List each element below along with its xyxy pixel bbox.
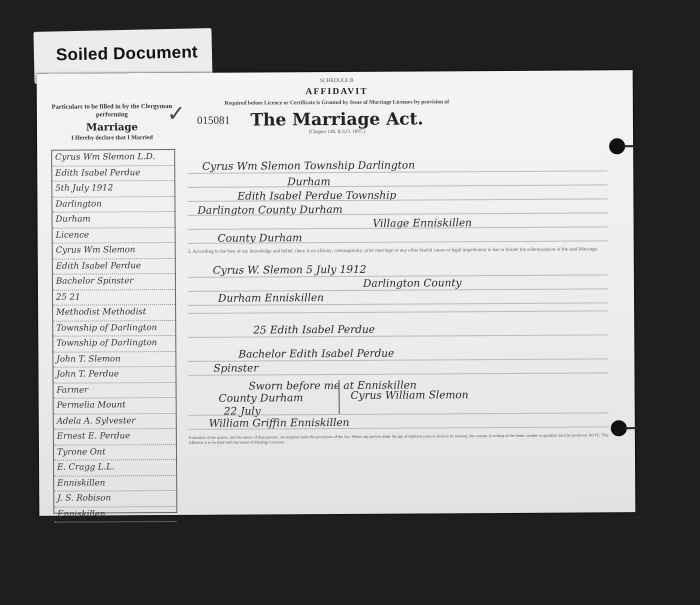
particular-entry: Methodist Methodist xyxy=(53,305,175,321)
clergyman-particulars-column: Particulars to be filled in by the Clerg… xyxy=(49,103,177,512)
particular-entry: J. S. Robison xyxy=(54,491,176,507)
handwritten-line: Bachelor Edith Isabel Perdue xyxy=(238,348,394,361)
particular-entry: Enniskillen xyxy=(54,506,176,522)
column-heading: Particulars to be filled in by the Clerg… xyxy=(49,103,175,120)
particular-entry: Durham xyxy=(53,212,175,228)
particular-entry: Edith Isabel Perdue xyxy=(53,258,175,274)
act-title: The Marriage Act. xyxy=(187,109,487,131)
particular-entry: Bachelor Spinster xyxy=(53,274,175,290)
particular-entry: 5th July 1912 xyxy=(52,181,174,197)
particular-entry: 25 21 xyxy=(53,289,175,305)
binder-hole-icon xyxy=(611,420,627,436)
ruled-line xyxy=(188,288,608,292)
handwritten-line: Spinster xyxy=(213,362,258,374)
particular-entry: Cyrus Wm Slemon xyxy=(53,243,175,259)
particular-entry: Edith Isabel Perdue xyxy=(52,165,174,181)
particulars-box: Cyrus Wm Slemon L.D.Edith Isabel Perdue5… xyxy=(51,149,177,514)
handwritten-line: Darlington County xyxy=(363,277,462,290)
signature-divider xyxy=(339,380,340,414)
particular-entry: Permelia Mount xyxy=(54,398,176,414)
particular-entry: Farmer xyxy=(54,382,176,398)
particular-entry: E. Cragg L.L. xyxy=(54,460,176,476)
particular-entry: Darlington xyxy=(52,196,174,212)
fine-print: Particulars of the parties, and the name… xyxy=(189,432,609,445)
schedule-label: SCHEDULE B xyxy=(187,77,487,85)
binder-hole-icon xyxy=(609,138,625,154)
particular-entry: Adela A. Sylvester xyxy=(54,413,176,429)
particular-entry: Licence xyxy=(53,227,175,243)
checkmark-icon: ✓ xyxy=(167,101,186,127)
ruled-line xyxy=(187,184,607,188)
handwritten-line: Durham Enniskillen xyxy=(218,292,324,305)
marriage-affidavit-document: Particulars to be filled in by the Clerg… xyxy=(37,70,636,516)
declaration: I Hereby declare that I Married xyxy=(49,135,175,142)
particular-entry: John T. Perdue xyxy=(53,367,175,383)
label-text: Soiled Document xyxy=(56,42,198,65)
paragraph-3: 3. According to the best of my knowledge… xyxy=(188,247,608,256)
handwritten-line: Cyrus W. Slemon 5 July 1912 xyxy=(213,264,367,277)
particular-entry: Enniskillen xyxy=(54,475,176,491)
affidavit-title: AFFIDAVIT xyxy=(187,85,487,97)
required-text: Required before Licence or Certificate i… xyxy=(187,99,487,107)
serial-number: 015081 xyxy=(197,115,230,127)
column-title: Marriage xyxy=(49,122,175,134)
sworn-county: County Durham xyxy=(219,392,304,405)
particular-entry: Township of Darlington xyxy=(53,320,175,336)
particular-entry: Tyrone Ont xyxy=(54,444,176,460)
particular-entry: Township of Darlington xyxy=(53,336,175,352)
particular-entry: Cyrus Wm Slemon L.D. xyxy=(52,150,174,166)
ruled-line xyxy=(188,334,608,338)
handwritten-line: 25 Edith Isabel Perdue xyxy=(253,324,375,337)
particular-entry: Ernest E. Perdue xyxy=(54,429,176,445)
particular-entry: John T. Slemon xyxy=(53,351,175,367)
form-header: SCHEDULE B AFFIDAVIT Required before Lic… xyxy=(187,77,487,136)
sworn-date: 22 July xyxy=(224,405,261,417)
ruled-line xyxy=(188,310,608,314)
chapter-reference: (Chapter 148, R.S.O. 1897.) xyxy=(187,129,487,136)
applicant-signature: Cyrus William Slemon xyxy=(351,389,469,402)
